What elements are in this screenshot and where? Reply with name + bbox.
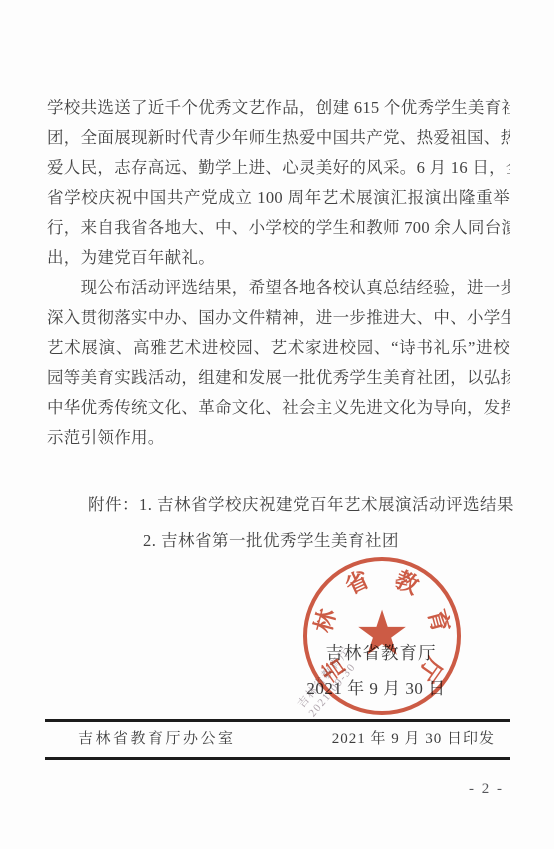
body-line: 艺术展演、高雅艺术进校园、艺术家进校园、“诗书礼乐”进校: [47, 333, 510, 363]
attachment-line-1: 附件：1. 吉林省学校庆祝建党百年艺术展演活动评选结果: [88, 487, 518, 523]
body-line: 示范引领作用。: [47, 423, 510, 453]
body-line: 省学校庆祝中国共产党成立 100 周年艺术展演汇报演出隆重举: [47, 183, 510, 213]
body-line: 园等美育实践活动，组建和发展一批优秀学生美育社团，以弘扬: [47, 363, 510, 393]
body-line: 现公布活动评选结果，希望各地各校认真总结经验，进一步: [47, 273, 510, 303]
body-line: 团，全面展现新时代青少年师生热爱中国共产党、热爱祖国、热: [47, 123, 510, 153]
body-line: 深入贯彻落实中办、国办文件精神，进一步推进大、中、小学生: [47, 303, 510, 333]
attachment-label: 附件：: [88, 495, 139, 514]
seal-arc-char: 教: [391, 568, 422, 599]
attachment-item-2: 2. 吉林省第一批优秀学生美育社团: [88, 523, 518, 559]
paragraph-2: 现公布活动评选结果，希望各地各校认真总结经验，进一步 深入贯彻落实中办、国办文件…: [47, 273, 510, 453]
body-line: 学校共选送了近千个优秀文艺作品，创建 615 个优秀学生美育社: [47, 93, 510, 123]
seal-arc-char: 林: [311, 607, 339, 635]
footer-print-date: 2021 年 9 月 30 日印发: [332, 727, 495, 751]
body-line: 行，来自我省各地大、中、小学校的学生和教师 700 余人同台演: [47, 213, 510, 243]
body-line: 爱人民，志存高远、勤学上进、心灵美好的风采。6 月 16 日，全: [47, 153, 510, 183]
attachment-block: 附件：1. 吉林省学校庆祝建党百年艺术展演活动评选结果 2. 吉林省第一批优秀学…: [88, 487, 518, 559]
seal-arc-char: 育: [424, 607, 452, 635]
body-line: 出，为建党百年献礼。: [47, 243, 510, 273]
attachment-item-1: 1. 吉林省学校庆祝建党百年艺术展演活动评选结果: [139, 495, 514, 514]
signature-issuer: 吉林省教育厅: [300, 640, 462, 665]
footer-office: 吉林省教育厅办公室: [78, 727, 236, 751]
footer-rule-bottom: [45, 757, 510, 760]
footer-rule-top: [45, 719, 510, 722]
seal-arc-char: 省: [342, 568, 373, 599]
paragraph-1: 学校共选送了近千个优秀文艺作品，创建 615 个优秀学生美育社 团，全面展现新时…: [47, 93, 510, 273]
document-page: 学校共选送了近千个优秀文艺作品，创建 615 个优秀学生美育社 团，全面展现新时…: [0, 0, 554, 849]
body-line: 中华优秀传统文化、革命文化、社会主义先进文化为导向，发挥: [47, 393, 510, 423]
page-number: - 2 -: [469, 781, 504, 798]
signature-date: 2021 年 9 月 30 日: [290, 674, 462, 699]
